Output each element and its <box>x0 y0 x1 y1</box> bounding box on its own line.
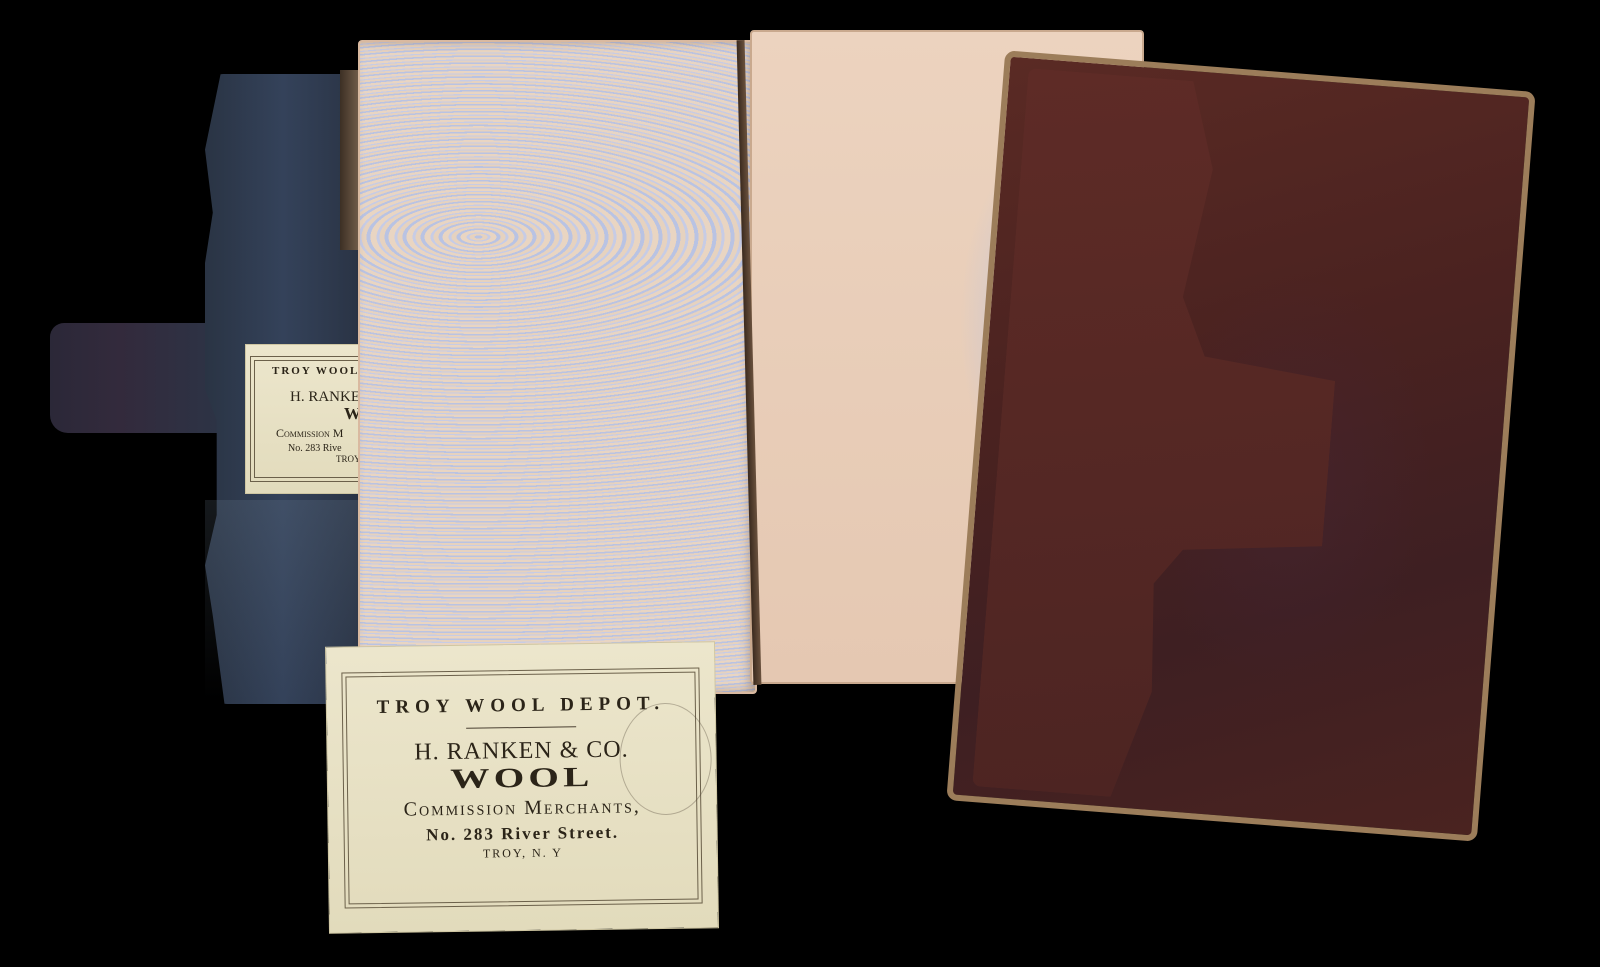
wallet-clasp-tab <box>50 323 225 433</box>
label-line-wool: WOOL <box>250 759 794 799</box>
marbled-endpaper-left <box>358 40 757 694</box>
trade-label-large: TROY WOOL DEPOT. H. RANKEN & CO. WOOL Co… <box>326 642 718 932</box>
